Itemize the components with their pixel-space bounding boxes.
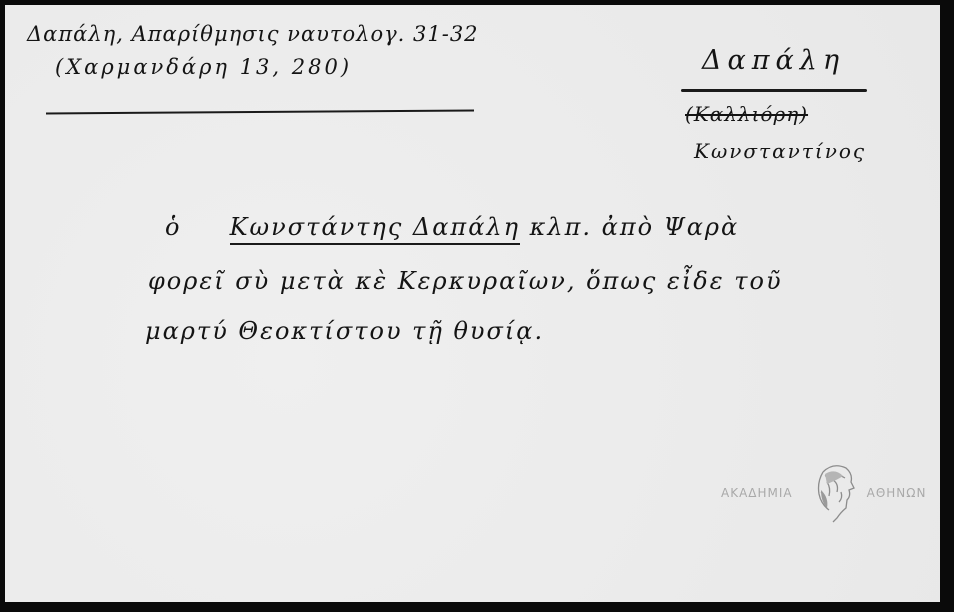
heading-underline bbox=[681, 89, 867, 92]
index-card: Δαπάλη, Απαρίθμησις ναυτολογ. 31-32 (Χαρ… bbox=[5, 5, 940, 602]
body-line-1-prefix: ὁ bbox=[165, 213, 181, 241]
athena-head-icon bbox=[813, 462, 857, 524]
body-line-1-suffix: κλπ. ἀπὸ Ψαρὰ bbox=[530, 213, 740, 241]
reference-line-2: (Χαρμανδάρη 13, 280) bbox=[55, 55, 352, 79]
stamp-right-word: ΑΘΗΝΩΝ bbox=[867, 486, 927, 500]
heading-surname: Δαπάλη bbox=[702, 45, 845, 76]
academy-stamp: ΑΚΑΔΗΜΙΑ ΑΘΗΝΩΝ bbox=[721, 460, 926, 526]
body-line-3: μαρτύ Θεοκτίστου τῇ θυσίᾳ. bbox=[145, 317, 544, 345]
reference-line-1: Δαπάλη, Απαρίθμησις ναυτολογ. 31-32 bbox=[27, 22, 479, 46]
stamp-left-word: ΑΚΑΔΗΜΙΑ bbox=[721, 486, 793, 500]
struck-given-name: (Καλλιόρη) bbox=[685, 102, 808, 126]
given-name: Κωνσταντίνος bbox=[694, 139, 866, 163]
reference-underline bbox=[46, 110, 474, 115]
body-line-2: φορεῖ σὺ μετὰ κὲ Κερκυραῖων, ὅπως εἶδε τ… bbox=[148, 267, 783, 295]
body-line-1: ὁ Κωνστάντης Δαπάλη κλπ. ἀπὸ Ψαρὰ bbox=[165, 213, 739, 241]
body-underlined-name: Κωνστάντης Δαπάλη bbox=[230, 213, 520, 245]
